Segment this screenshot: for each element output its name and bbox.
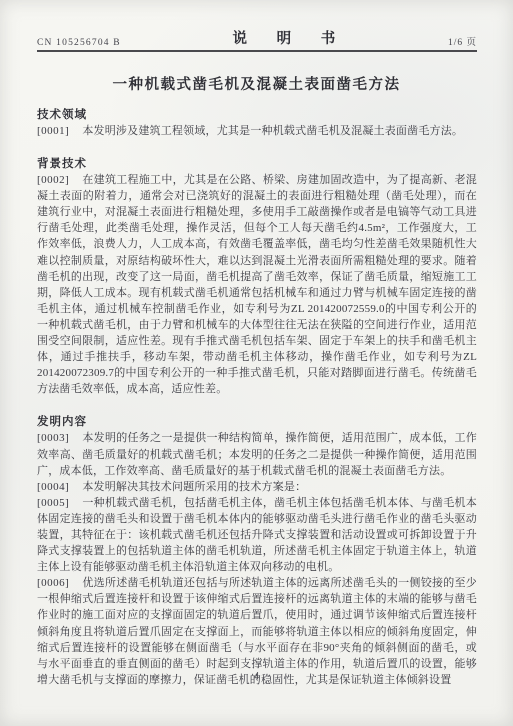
patent-specification-page: CN 105256704 B 说 明 书 1/6 页 一种机载式凿毛机及混凝土表… <box>0 0 513 726</box>
page-header: CN 105256704 B 说 明 书 1/6 页 <box>37 27 477 52</box>
paragraph-number: [0005] <box>37 495 69 511</box>
invention-title: 一种机载式凿毛机及混凝土表面凿毛方法 <box>0 73 513 94</box>
paragraph-0003: [0003]本发明的任务之一是提供一种结构简单，操作简便，适用范围广，成本低，工… <box>37 430 477 478</box>
document-number: CN 105256704 B <box>37 38 121 48</box>
section-heading-background-art: 背景技术 <box>37 156 477 172</box>
paragraph-text: 一种机载式凿毛机，包括凿毛机主体，凿毛机主体包括凿毛机本体、与凿毛机本体固定连接… <box>37 497 477 573</box>
paragraph-text: 在建筑工程施工中，尤其是在公路、桥梁、房建加固改造中，为了提高新、老混凝土表面的… <box>37 174 477 395</box>
paragraph-text: 本发明涉及建筑工程领域，尤其是一种机载式凿毛机及混凝土表面凿毛方法。 <box>82 125 463 137</box>
paragraph-number: [0006] <box>37 575 69 591</box>
document-type-title: 说 明 书 <box>233 27 349 48</box>
paragraph-0004: [0004]本发明解决其技术问题所采用的技术方案是： <box>37 479 477 495</box>
sheet-indicator: 1/6 页 <box>448 34 477 48</box>
page-number: 4 <box>0 671 513 682</box>
paragraph-number: [0004] <box>37 479 69 495</box>
section-heading-technical-field: 技术领域 <box>37 107 477 123</box>
document-body: 技术领域 [0001]本发明涉及建筑工程领域，尤其是一种机载式凿毛机及混凝土表面… <box>37 107 477 688</box>
paragraph-text: 本发明的任务之一是提供一种结构简单，操作简便，适用范围广，成本低，工作效率高、凿… <box>37 432 477 476</box>
paragraph-text: 本发明解决其技术问题所采用的技术方案是： <box>82 481 306 493</box>
paragraph-0001: [0001]本发明涉及建筑工程领域，尤其是一种机载式凿毛机及混凝土表面凿毛方法。 <box>37 123 477 139</box>
paragraph-number: [0002] <box>37 172 69 188</box>
paragraph-0002: [0002]在建筑工程施工中，尤其是在公路、桥梁、房建加固改造中，为了提高新、老… <box>37 172 477 397</box>
paragraph-text: 优选所述凿毛机轨道还包括与所述轨道主体的远离所述凿毛头的一侧铰接的至少一根伸缩式… <box>37 577 477 686</box>
paragraph-number: [0003] <box>37 430 69 446</box>
section-heading-summary-of-invention: 发明内容 <box>37 414 477 430</box>
paragraph-number: [0001] <box>37 123 69 139</box>
paragraph-0005: [0005]一种机载式凿毛机，包括凿毛机主体，凿毛机主体包括凿毛机本体、与凿毛机… <box>37 495 477 575</box>
